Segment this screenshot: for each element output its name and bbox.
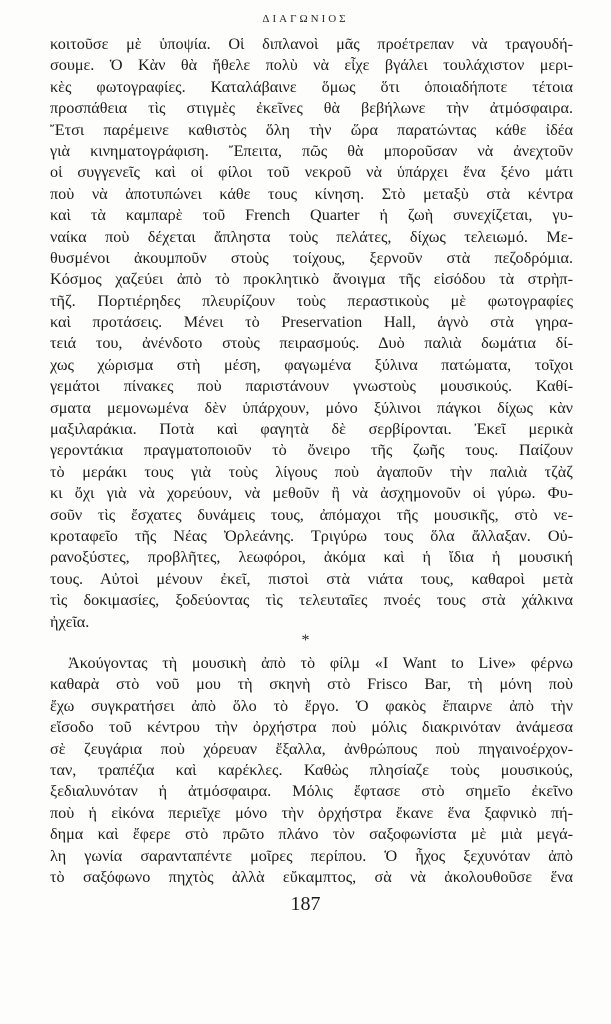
text-line: μαξιλαράκια. Ποτὰ καὶ φαγητὰ δὲ σερβίρον… <box>50 419 573 440</box>
text-line: ναίκα ποὺ δέχεται ἄπληστα τοὺς πελάτες, … <box>50 227 573 248</box>
text-line: γεμάτοι πίνακες ποὺ παριστάνουν γνωστοὺς… <box>50 376 573 397</box>
text-line: καὶ προτάσεις. Μένει τὸ Preservation Hal… <box>50 312 573 333</box>
text-line: ἠχεῖα. <box>50 612 573 633</box>
text-line: δημα καὶ ἔφερε στὸ πρῶτο πλάνο τὸν σαξοφ… <box>50 824 573 845</box>
text-line: ἔχω συγκρατήσει ἀπὸ ὅλο τὸ ἔργο. Ὁ φακὸς… <box>50 696 573 717</box>
text-line: λη γωνία σαρανταπέντε μοῖρες περίπου. Ὁ … <box>50 846 573 867</box>
page-number: 187 <box>0 893 611 916</box>
text-line: ποὺ νὰ ἀποτυπώνει κάθε τους κίνηση. Στὸ … <box>50 184 573 205</box>
text-line: ρανοξύστες, προβλῆτες, λεωφόροι, ἀκόμα κ… <box>50 547 573 568</box>
paragraph-2: Ἀκούγοντας τὴ μουσικὴ ἀπὸ τὸ φίλμ «I Wan… <box>50 653 573 888</box>
text-line: τῆζ. Πορτιέρηδες πλευρίζουν τοὺς περαστι… <box>50 291 573 312</box>
text-line: Ἀκούγοντας τὴ μουσικὴ ἀπὸ τὸ φίλμ «I Wan… <box>50 653 573 674</box>
text-line: κι ὄχι γιὰ νὰ χορεύουν, νὰ μεθοῦν ἢ νὰ ἀ… <box>50 483 573 504</box>
text-line: κὲς φωτογραφίες. Καταλάβαινε ὅμως ὅτι ὁπ… <box>50 77 573 98</box>
running-head: ΔΙΑΓΩΝΙΟΣ <box>0 13 611 25</box>
text-line: τειά του, ἀνένδοτο στοὺς πειρασμούς. Δυὸ… <box>50 333 573 354</box>
text-line: καὶ τὰ καμπαρὲ τοῦ French Quarter ἡ ζωὴ … <box>50 205 573 226</box>
section-break-asterisk: * <box>0 632 611 650</box>
text-line: τὶς δοκιμασίες, ξοδεύοντας τὶς τελευταῖε… <box>50 590 573 611</box>
text-line: χως χώρισμα στὴ μέση, φαγωμένα ξύλινα πα… <box>50 355 573 376</box>
text-line: ξεδιαλυνόταν ἡ ἀτμόσφαιρα. Μόλις ἔφτασε … <box>50 781 573 802</box>
text-line: τους. Αὐτοὶ μένουν ἐκεῖ, πιστοὶ στὰ νιάτ… <box>50 569 573 590</box>
text-line: γεροντάκια πραγματοποιοῦν τὸ ὄνειρο τῆς … <box>50 440 573 461</box>
text-line: οἱ συγγενεῖς καὶ οἱ φίλοι τοῦ νεκροῦ νὰ … <box>50 162 573 183</box>
text-line: Ἔτσι παρέμεινε καθιστὸς ὅλη τὴν ὥρα παρα… <box>50 120 573 141</box>
text-line: θυσμένοι ἀκουμποῦν στοὺς τοίχους, ξερνοῦ… <box>50 248 573 269</box>
text-line: ποὺ ἡ εἰκόνα περιεῖχε μόνο τὴν ὀρχήστρα … <box>50 803 573 824</box>
text-line: γιὰ κινηματογράφιση. Ἔπειτα, πῶς θὰ μπορ… <box>50 141 573 162</box>
text-line: τὸ μεράκι τους γιὰ τοὺς λίγους ποὺ ἀγαπο… <box>50 462 573 483</box>
text-line: κοιτοῦσε μὲ ὑποψία. Οἱ διπλανοὶ μᾶς προέ… <box>50 34 573 55</box>
text-line: προσπάθεια τὶς στιγμὲς ἐκεῖνες θὰ βεβήλω… <box>50 98 573 119</box>
text-line: Κόσμος χαζεύει ἀπὸ τὸ προκλητικὸ ἄνοιγμα… <box>50 269 573 290</box>
book-page: ΔΙΑΓΩΝΙΟΣ κοιτοῦσε μὲ ὑποψία. Οἱ διπλανο… <box>0 0 611 1024</box>
text-line: τὸ σαξόφωνο πηχτὸς ἀλλὰ εὔκαμπτος, σὰ νὰ… <box>50 867 573 888</box>
text-line: σουμε. Ὁ Κὰν θὰ ἤθελε πολὺ νὰ εἶχε βγάλε… <box>50 55 573 76</box>
text-line: κροταφεῖο τῆς Νέας Ὀρλεάνης. Τριγύρω του… <box>50 526 573 547</box>
text-line: σοῦν τὶς ἔσχατες δυνάμεις τους, ἀπόμαχοι… <box>50 505 573 526</box>
text-line: σματα μεμονωμένα δὲν ὑπάρχουν, μόνο ξύλι… <box>50 398 573 419</box>
text-line: ταν, τραπέζια καὶ καρέκλες. Καθὼς πλησία… <box>50 760 573 781</box>
text-line: σὲ ζευγάρια ποὺ χόρευαν ἔξαλλα, ἀνθρώπου… <box>50 739 573 760</box>
paragraph-1: κοιτοῦσε μὲ ὑποψία. Οἱ διπλανοὶ μᾶς προέ… <box>50 34 573 633</box>
text-line: καθαρὰ στὸ νοῦ μου τὴ σκηνὴ στὸ Frisco B… <box>50 674 573 695</box>
text-line: εἴσοδο τοῦ κέντρου τὴν ὀρχήστρα ποὺ μόλι… <box>50 717 573 738</box>
